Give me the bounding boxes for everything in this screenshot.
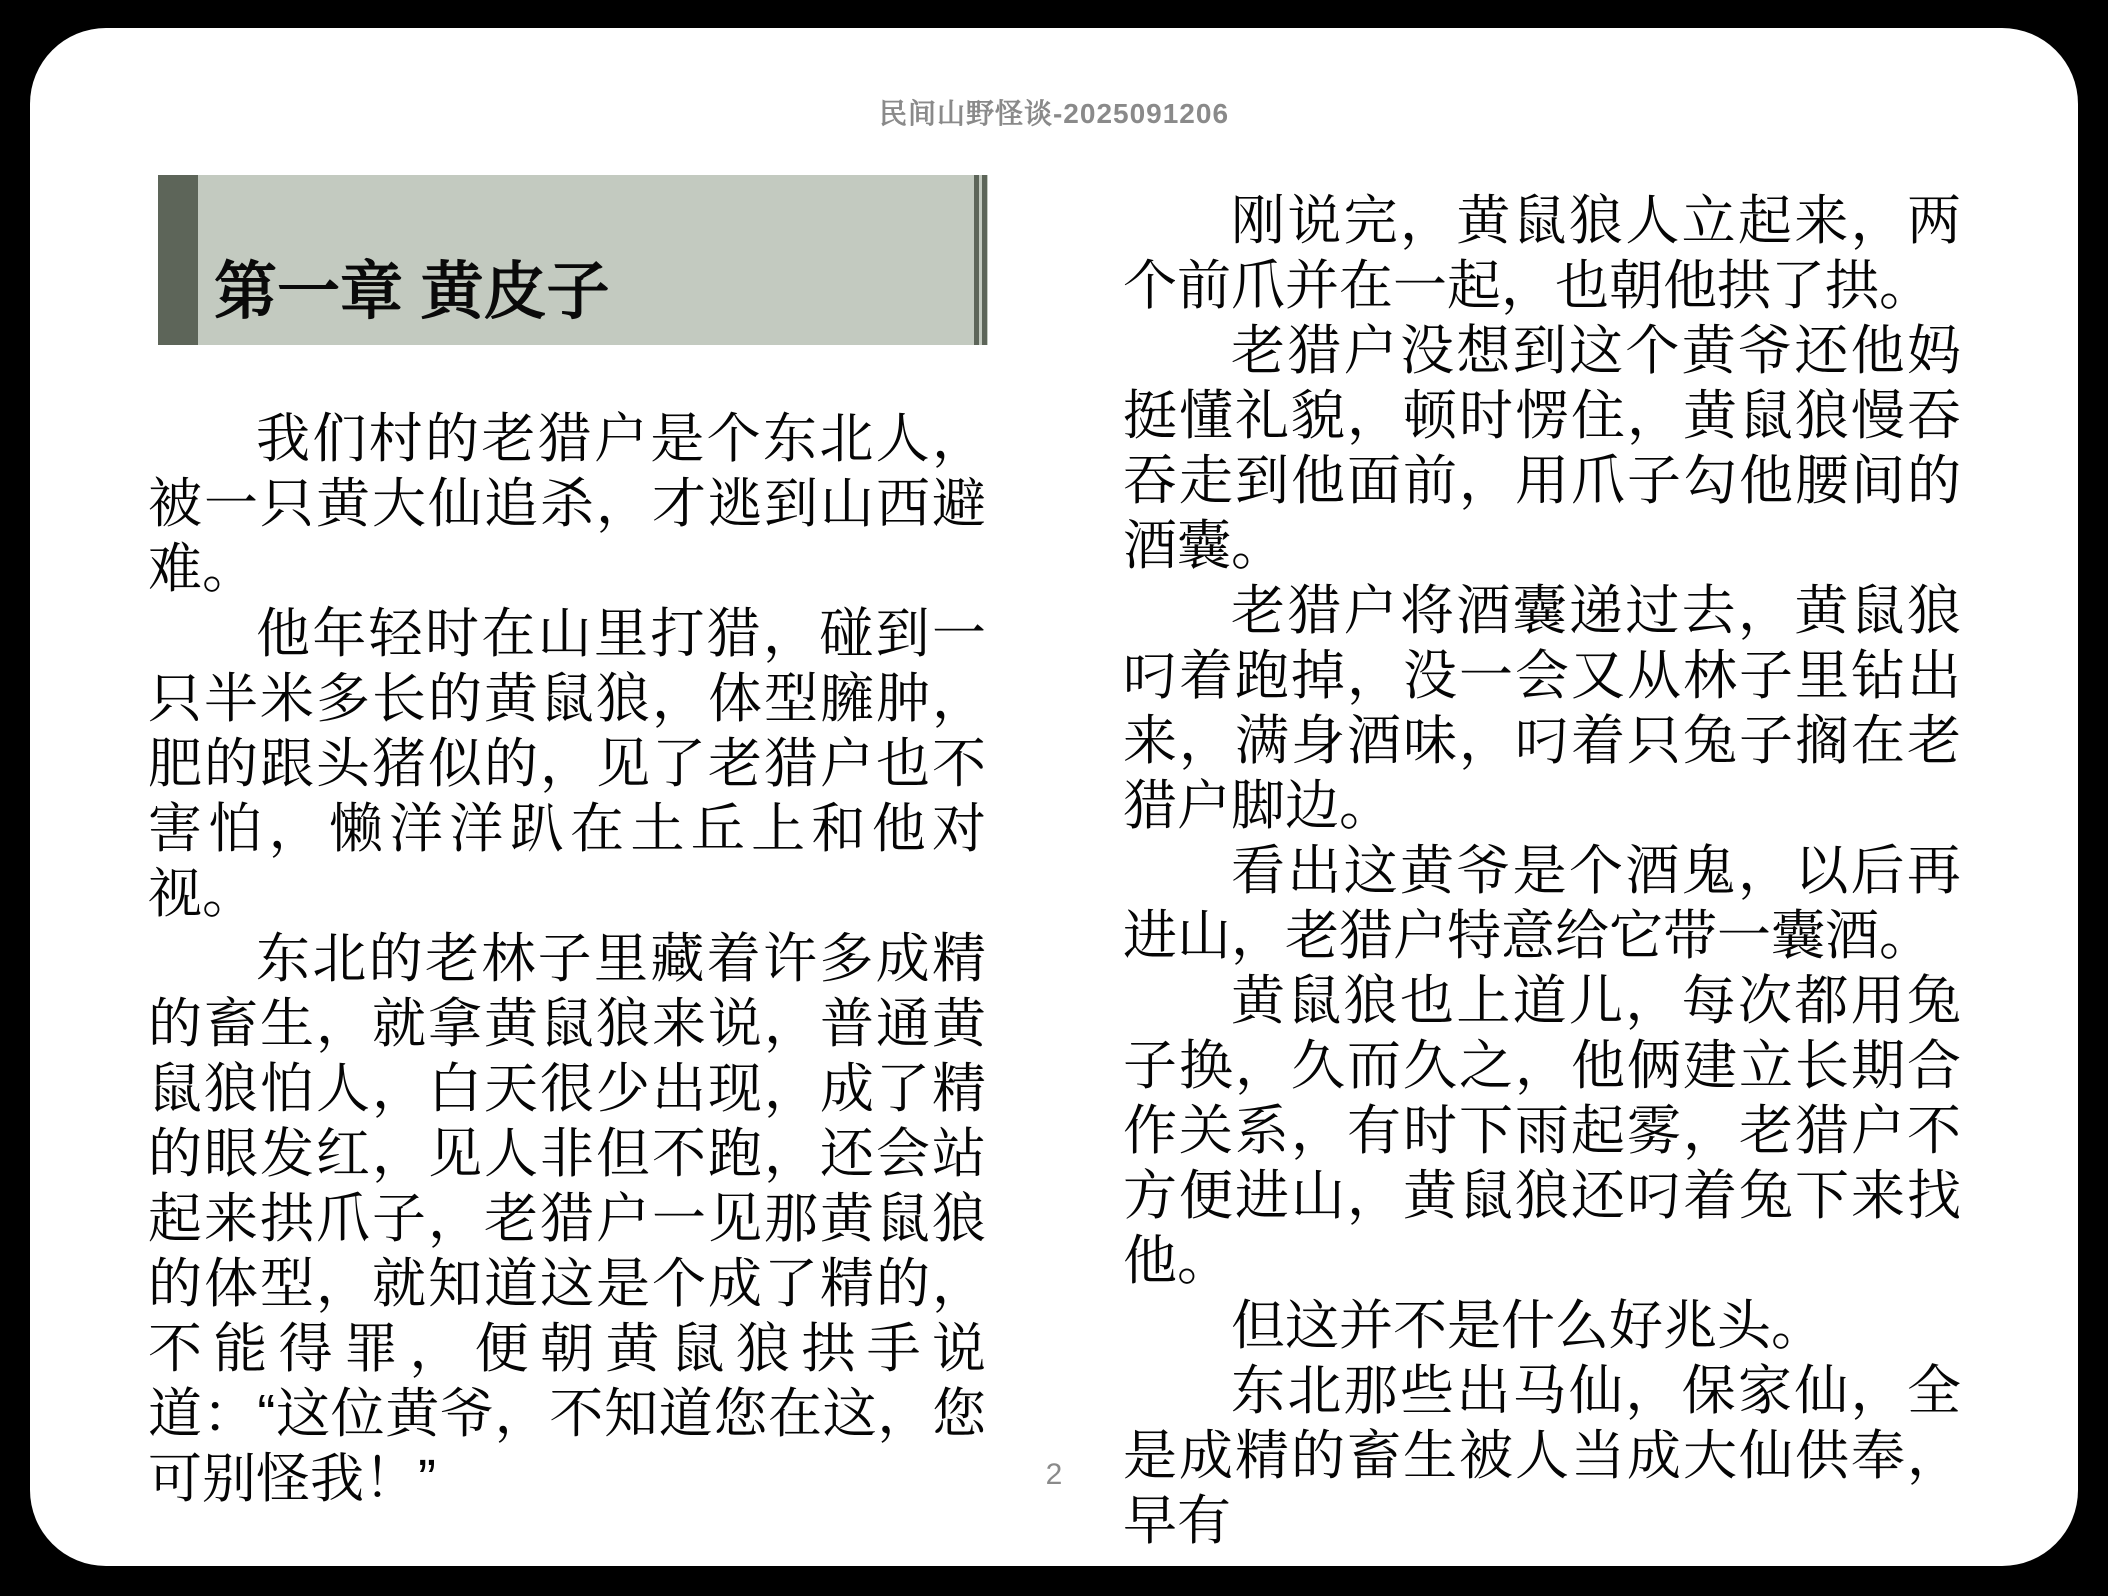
- chapter-banner: 第一章 黄皮子: [158, 175, 988, 345]
- paragraph: 老猎户没想到这个黄爷还他妈挺懂礼貌，顿时愣住，黄鼠狼慢吞吞走到他面前，用爪子勾他…: [1123, 319, 1961, 579]
- right-column: 刚说完，黄鼠狼人立起来，两个前爪并在一起，也朝他拱了拱。 老猎户没想到这个黄爷还…: [1123, 189, 1961, 1554]
- paragraph: 黄鼠狼也上道儿，每次都用兔子换，久而久之，他俩建立长期合作关系，有时下雨起雾，老…: [1123, 969, 1961, 1294]
- paragraph: 刚说完，黄鼠狼人立起来，两个前爪并在一起，也朝他拱了拱。: [1123, 189, 1961, 319]
- banner-right-stripe-outer: [982, 175, 987, 345]
- book-title: 民间山野怪谈-2025091206: [30, 92, 2078, 132]
- paragraph: 看出这黄爷是个酒鬼，以后再进山，老猎户特意给它带一囊酒。: [1123, 839, 1961, 969]
- paragraph: 我们村的老猎户是个东北人，被一只黄大仙追杀，才逃到山西避难。: [148, 407, 986, 602]
- reader-frame: 民间山野怪谈-2025091206 第一章 黄皮子 我们村的老猎户是个东北人，被…: [0, 0, 2108, 1596]
- chapter-title: 第一章 黄皮子: [214, 259, 610, 325]
- paragraph: 东北那些出马仙，保家仙，全是成精的畜生被人当成大仙供奉，早有: [1123, 1359, 1961, 1554]
- paragraph: 老猎户将酒囊递过去，黄鼠狼叼着跑掉，没一会又从林子里钻出来，满身酒味，叼着只兔子…: [1123, 579, 1961, 839]
- banner-right-stripe-inner: [974, 175, 979, 345]
- paragraph: 他年轻时在山里打猎，碰到一只半米多长的黄鼠狼，体型臃肿，肥的跟头猪似的，见了老猎…: [148, 602, 986, 927]
- page-number: 2: [30, 1458, 2078, 1492]
- reader-page[interactable]: 民间山野怪谈-2025091206 第一章 黄皮子 我们村的老猎户是个东北人，被…: [30, 28, 2078, 1566]
- paragraph: 但这并不是什么好兆头。: [1123, 1294, 1961, 1359]
- banner-left-bar: [158, 175, 198, 345]
- left-column: 第一章 黄皮子 我们村的老猎户是个东北人，被一只黄大仙追杀，才逃到山西避难。 他…: [148, 175, 986, 1512]
- paragraph: 东北的老林子里藏着许多成精的畜生，就拿黄鼠狼来说，普通黄鼠狼怕人，白天很少出现，…: [148, 927, 986, 1512]
